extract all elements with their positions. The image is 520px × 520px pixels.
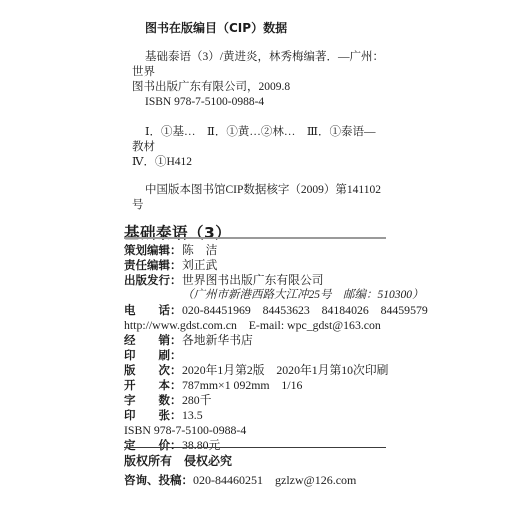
cip-classification-line: Ⅰ．①基… Ⅱ．①黄…②林… Ⅲ．①泰语—教材 xyxy=(132,125,384,155)
cip-heading: 图书在版编目（CIP）数据 xyxy=(145,21,384,35)
colophon-row-distribution: 经 销： 各地新华书店 xyxy=(124,333,414,348)
book-title: 基础泰语（3） xyxy=(124,221,231,243)
row-label: 印 刷： xyxy=(124,348,182,363)
row-label: 出版发行： xyxy=(124,273,182,288)
row-value: 2020年1月第2版 2020年1月第10次印刷 xyxy=(182,363,388,378)
contact-value: 020-84460251 gzlzw@126.com xyxy=(193,473,356,487)
row-label: 策划编辑： xyxy=(124,243,182,258)
copyright-notice: 版权所有 侵权必究 xyxy=(124,452,232,469)
cip-entry: 基础泰语（3）/黄进炎，林秀梅编著．—广州：世界 图书出版广东有限公司，2009… xyxy=(132,50,384,110)
cip-entry-line: 基础泰语（3）/黄进炎，林秀梅编著．—广州：世界 xyxy=(132,50,384,80)
row-label xyxy=(124,288,182,303)
cip-classification-line: Ⅳ．①H412 xyxy=(132,155,384,170)
row-value: 280千 xyxy=(182,393,212,408)
row-value: 陈 洁 xyxy=(182,243,217,258)
row-value: 13.5 xyxy=(182,408,203,423)
row-value: 世界图书出版广东有限公司 xyxy=(182,273,324,288)
row-value: （广州市新港西路大江冲25号 邮编：510300） xyxy=(182,288,424,303)
cip-entry-line: 图书出版广东有限公司，2009.8 xyxy=(132,80,384,95)
colophon-row-format: 开 本： 787mm×1 092mm 1/16 xyxy=(124,378,414,393)
colophon-row-telephone: 电 话： 020-84451969 84453623 84184026 8445… xyxy=(124,303,414,318)
cip-block: 图书在版编目（CIP）数据 基础泰语（3）/黄进炎，林秀梅编著．—广州：世界 图… xyxy=(132,21,384,213)
row-label: 定 价： xyxy=(124,438,182,453)
row-value: 020-84451969 84453623 84184026 84459579 xyxy=(182,303,428,318)
contact-label: 咨询、投稿： xyxy=(124,473,193,487)
row-label: 开 本： xyxy=(124,378,182,393)
cip-record-number: 中国版本图书馆CIP数据核字（2009）第141102号 xyxy=(132,183,384,213)
cip-classification: Ⅰ．①基… Ⅱ．①黄…②林… Ⅲ．①泰语—教材 Ⅳ．①H412 xyxy=(132,125,384,170)
colophon-row-publisher: 出版发行： 世界图书出版广东有限公司 xyxy=(124,273,414,288)
colophon-row-word-count: 字 数： 280千 xyxy=(124,393,414,408)
colophon-row-printing: 印 刷： xyxy=(124,348,414,363)
row-value: 38.80元 xyxy=(182,438,220,453)
colophon-row-sheets: 印 张： 13.5 xyxy=(124,408,414,423)
colophon-row-planning-editor: 策划编辑： 陈 洁 xyxy=(124,243,414,258)
row-value: 787mm×1 092mm 1/16 xyxy=(182,378,302,393)
title-divider xyxy=(124,237,386,239)
cip-entry-isbn: ISBN 978-7-5100-0988-4 xyxy=(132,95,384,110)
row-label: 版 次： xyxy=(124,363,182,378)
colophon-row-isbn: ISBN 978-7-5100-0988-4 xyxy=(124,423,414,438)
row-label: 印 张： xyxy=(124,408,182,423)
footer-divider xyxy=(124,447,386,448)
colophon-row-price: 定 价： 38.80元 xyxy=(124,438,414,453)
contact-line: 咨询、投稿：020-84460251 gzlzw@126.com xyxy=(124,471,356,488)
row-value: 各地新华书店 xyxy=(182,333,253,348)
colophon-row-publisher-address: （广州市新港西路大江冲25号 邮编：510300） xyxy=(124,288,414,303)
row-label: 经 销： xyxy=(124,333,182,348)
colophon-row-responsible-editor: 责任编辑： 刘正武 xyxy=(124,258,414,273)
colophon-block: 策划编辑： 陈 洁 责任编辑： 刘正武 出版发行： 世界图书出版广东有限公司 （… xyxy=(124,243,414,453)
row-label: 责任编辑： xyxy=(124,258,182,273)
row-value: 刘正武 xyxy=(182,258,217,273)
colophon-row-website-email: http://www.gdst.com.cn E-mail: wpc_gdst@… xyxy=(124,318,414,333)
row-label: 电 话： xyxy=(124,303,182,318)
colophon-row-edition: 版 次： 2020年1月第2版 2020年1月第10次印刷 xyxy=(124,363,414,378)
row-label: 字 数： xyxy=(124,393,182,408)
copyright-page: 图书在版编目（CIP）数据 基础泰语（3）/黄进炎，林秀梅编著．—广州：世界 图… xyxy=(0,0,520,520)
